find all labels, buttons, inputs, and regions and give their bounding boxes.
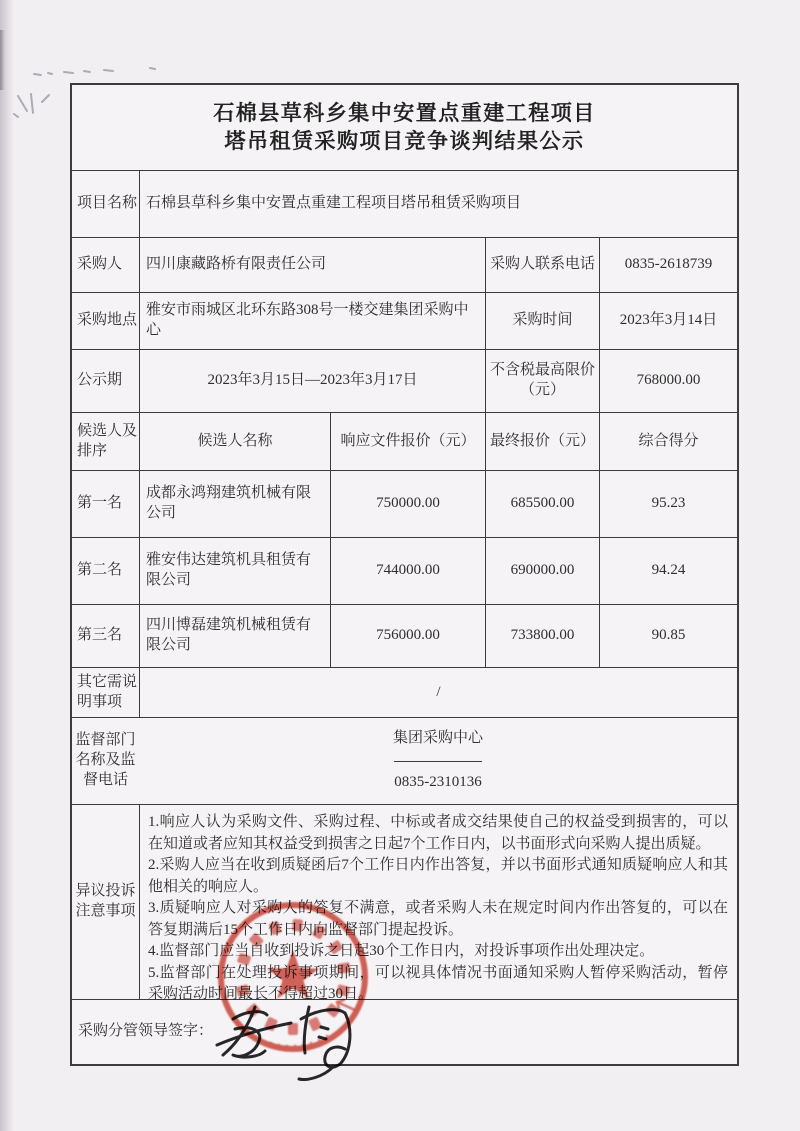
candidate-rank: 第一名: [72, 471, 139, 537]
purchase-time-label: 采购时间: [485, 293, 599, 349]
scan-edge-shadow: [0, 0, 14, 1131]
candidates-final-header: 最终报价（元）: [485, 413, 599, 470]
publicity-period-value: 2023年3月15日—2023年3月17日: [139, 350, 485, 412]
purchaser-phone-label: 采购人联系电话: [485, 238, 599, 292]
project-name-value: 石棉县草科乡集中安置点重建工程项目塔吊租赁采购项目: [139, 171, 737, 237]
page-title-line2: 塔吊租赁采购项目竞争谈判结果公示: [225, 128, 585, 156]
max-price-value: 768000.00: [599, 350, 737, 412]
project-name-label: 项目名称: [72, 171, 139, 237]
candidate-bid: 750000.00: [330, 471, 485, 537]
other-notes-row: 其它需说明事项 /: [72, 667, 737, 717]
candidate-bid: 756000.00: [330, 605, 485, 667]
candidate-row-1: 第一名 成都永鸿翔建筑机械有限公司 750000.00 685500.00 95…: [72, 470, 737, 537]
purchaser-phone-value: 0835-2618739: [599, 238, 737, 292]
candidates-bid-header: 响应文件报价（元）: [330, 413, 485, 470]
candidate-name: 四川博磊建筑机械租赁有限公司: [139, 605, 330, 667]
scanned-announcement-page: { "document": { "title_line1": "石棉县草科乡集中…: [0, 0, 800, 1131]
purchaser-value: 四川康藏路桥有限责任公司: [139, 238, 485, 292]
objection-label: 异议投诉注意事项: [72, 805, 139, 999]
table-row: 公示期 2023年3月15日—2023年3月17日 不含税最高限价（元） 768…: [72, 349, 737, 412]
candidate-row-2: 第二名 雅安伟达建筑机具租赁有限公司 744000.00 690000.00 9…: [72, 537, 737, 604]
candidate-score: 95.23: [599, 471, 737, 537]
announcement-table: 石棉县草科乡集中安置点重建工程项目 塔吊租赁采购项目竞争谈判结果公示 项目名称 …: [70, 83, 739, 1066]
candidate-score: 94.24: [599, 538, 737, 604]
table-row: 项目名称 石棉县草科乡集中安置点重建工程项目塔吊租赁采购项目: [72, 170, 737, 237]
other-notes-value: /: [139, 668, 737, 717]
scan-edge-dark-mark: [0, 30, 5, 90]
title-block: 石棉县草科乡集中安置点重建工程项目 塔吊租赁采购项目竞争谈判结果公示: [72, 85, 737, 170]
signature-label: 采购分管领导签字：: [72, 1000, 737, 1064]
objection-notes: 1.响应人认为采购文件、采购过程、中标或者成交结果使自己的权益受到损害的，可以在…: [139, 805, 737, 999]
supervision-label: 监督部门名称及监督电话: [72, 718, 139, 804]
other-notes-label: 其它需说明事项: [72, 668, 139, 717]
objection-item-4: 4.监督部门应当自收到投诉之日起30个工作日内，对投诉事项作出处理决定。: [148, 941, 728, 963]
purchase-time-value: 2023年3月14日: [599, 293, 737, 349]
page-title-line1: 石棉县草科乡集中安置点重建工程项目: [213, 100, 596, 128]
candidate-final: 733800.00: [485, 605, 599, 667]
objection-item-2: 2.采购人应当在收到质疑函后7个工作日内作出答复，并以书面形式通知质疑响应人和其…: [148, 855, 728, 898]
candidate-row-3: 第三名 四川博磊建筑机械租赁有限公司 756000.00 733800.00 9…: [72, 604, 737, 667]
location-value: 雅安市雨城区北环东路308号一楼交建集团采购中心: [139, 293, 485, 349]
max-price-label: 不含税最高限价（元）: [485, 350, 599, 412]
supervision-phone: 0835-2310136: [394, 761, 482, 805]
candidate-name: 雅安伟达建筑机具租赁有限公司: [139, 538, 330, 604]
supervision-row: 监督部门名称及监督电话 集团采购中心 0835-2310136: [72, 717, 737, 804]
publicity-period-label: 公示期: [72, 350, 139, 412]
objection-item-5: 5.监督部门在处理投诉事项期间，可以视具体情况书面通知采购人暂停采购活动，暂停采…: [148, 963, 728, 1000]
location-label: 采购地点: [72, 293, 139, 349]
candidate-final: 690000.00: [485, 538, 599, 604]
candidates-header-row: 候选人及排序 候选人名称 响应文件报价（元） 最终报价（元） 综合得分: [72, 412, 737, 470]
candidate-rank: 第三名: [72, 605, 139, 667]
candidate-final: 685500.00: [485, 471, 599, 537]
candidate-score: 90.85: [599, 605, 737, 667]
objection-row: 异议投诉注意事项 1.响应人认为采购文件、采购过程、中标或者成交结果使自己的权益…: [72, 804, 737, 999]
objection-item-3: 3.质疑响应人对采购人的答复不满意，或者采购人未在规定时间内作出答复的，可以在答…: [148, 898, 728, 941]
candidates-rank-header: 候选人及排序: [72, 413, 139, 470]
candidate-rank: 第二名: [72, 538, 139, 604]
signature-row: 采购分管领导签字：: [72, 999, 737, 1064]
objection-item-1: 1.响应人认为采购文件、采购过程、中标或者成交结果使自己的权益受到损害的，可以在…: [148, 812, 728, 855]
candidates-name-header: 候选人名称: [139, 413, 330, 470]
table-row: 采购地点 雅安市雨城区北环东路308号一楼交建集团采购中心 采购时间 2023年…: [72, 292, 737, 349]
candidate-name: 成都永鸿翔建筑机械有限公司: [139, 471, 330, 537]
table-row: 采购人 四川康藏路桥有限责任公司 采购人联系电话 0835-2618739: [72, 237, 737, 292]
purchaser-label: 采购人: [72, 238, 139, 292]
candidates-score-header: 综合得分: [599, 413, 737, 470]
supervision-department: 集团采购中心: [393, 718, 483, 761]
candidate-bid: 744000.00: [330, 538, 485, 604]
